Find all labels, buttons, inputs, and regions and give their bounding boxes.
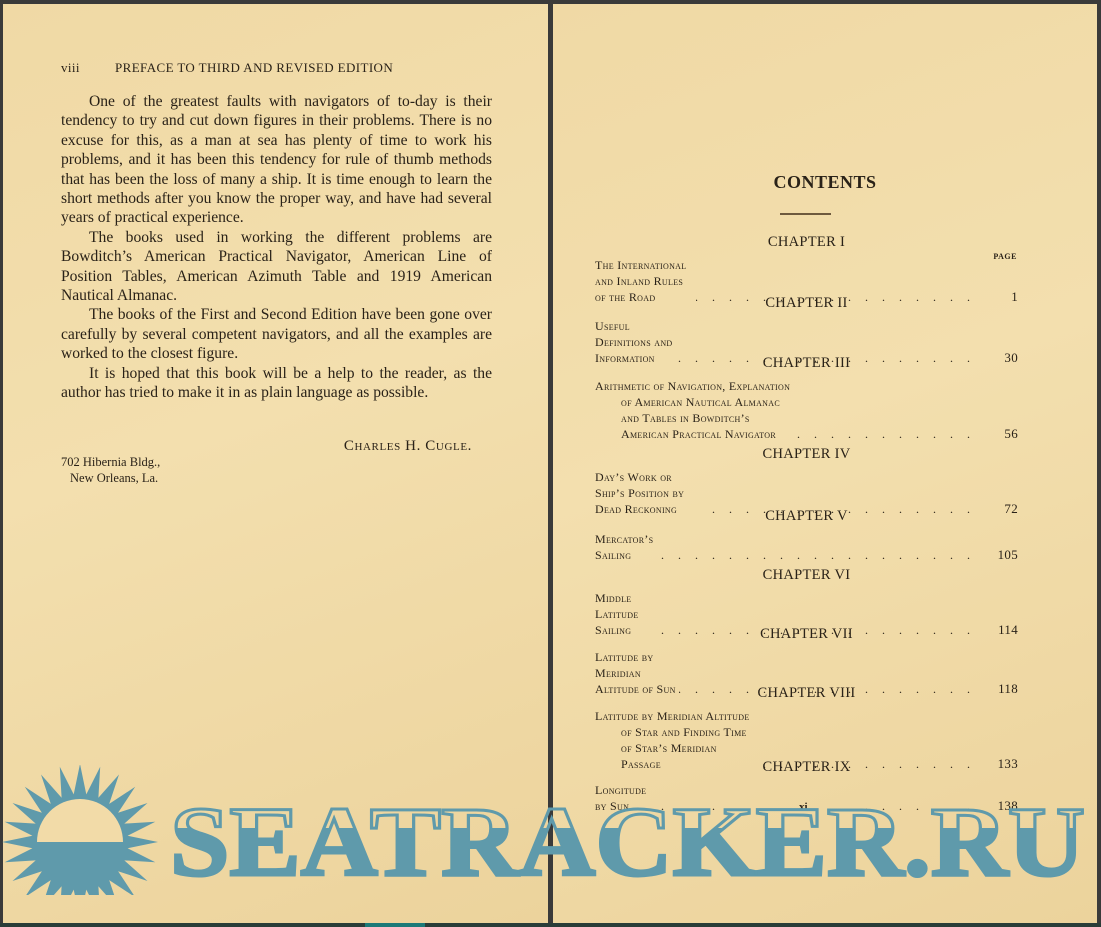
chapter-heading: CHAPTER II [595, 294, 1018, 318]
toc-entry-page: 105 [984, 547, 1018, 563]
leader-dots: ........................................ [790, 426, 984, 442]
toc-entry-title: Longitude by Sun [595, 782, 646, 814]
preface-paragraph: One of the greatest faults with navigato… [61, 92, 492, 228]
leader-dots: ........................................ [653, 547, 984, 563]
toc-chapter: CHAPTER IIIArithmetic of Navigation, Exp… [595, 354, 1018, 442]
chapter-heading: CHAPTER I [595, 233, 1018, 257]
toc-entry-title: Mercator’s Sailing [595, 531, 653, 563]
toc-entry-page: 138 [984, 798, 1018, 814]
title-rule [780, 213, 831, 215]
preface-paragraph: The books of the First and Second Editio… [61, 305, 492, 363]
toc-entry[interactable]: Arithmetic of Navigation, Explanation of… [595, 378, 1018, 442]
left-page: viiiPREFACE TO THIRD AND REVISED EDITION… [3, 4, 548, 923]
chapter-heading: CHAPTER III [595, 354, 1018, 378]
running-head: viiiPREFACE TO THIRD AND REVISED EDITION [61, 60, 501, 76]
chapter-heading: CHAPTER IV [595, 445, 1018, 469]
frame-bottom [0, 923, 1101, 927]
chapter-heading: CHAPTER VI [595, 566, 1018, 590]
author-address: 702 Hibernia Bldg., New Orleans, La. [61, 454, 160, 486]
chapter-heading: CHAPTER IX [595, 758, 1018, 782]
chapter-heading: CHAPTER VIII [595, 684, 1018, 708]
chapter-heading: CHAPTER VII [595, 625, 1018, 649]
right-page: CONTENTS PAGE CHAPTER IThe International… [553, 4, 1097, 923]
toc-entry[interactable]: Mercator’s Sailing......................… [595, 531, 1018, 563]
address-line: 702 Hibernia Bldg., [61, 454, 160, 470]
running-head-title: PREFACE TO THIRD AND REVISED EDITION [115, 60, 393, 75]
chapter-heading: CHAPTER V [595, 507, 1018, 531]
folio: xi [799, 801, 808, 813]
preface-paragraph: The books used in working the different … [61, 228, 492, 306]
preface-text: One of the greatest faults with navigato… [61, 92, 492, 403]
preface-paragraph: It is hoped that this book will be a hel… [61, 364, 492, 403]
toc-entry-title: Arithmetic of Navigation, Explanation of… [595, 378, 790, 442]
page-number: viii [61, 60, 115, 76]
contents-title: CONTENTS [553, 172, 1097, 193]
author-signature: Charles H. Cugle. [344, 438, 472, 455]
frame-accent [365, 923, 425, 927]
toc-entry-page: 56 [984, 426, 1018, 442]
toc-chapter: CHAPTER VMercator’s Sailing.............… [595, 507, 1018, 563]
leader-dots: ........................................ [646, 798, 984, 814]
address-line: New Orleans, La. [61, 470, 160, 486]
